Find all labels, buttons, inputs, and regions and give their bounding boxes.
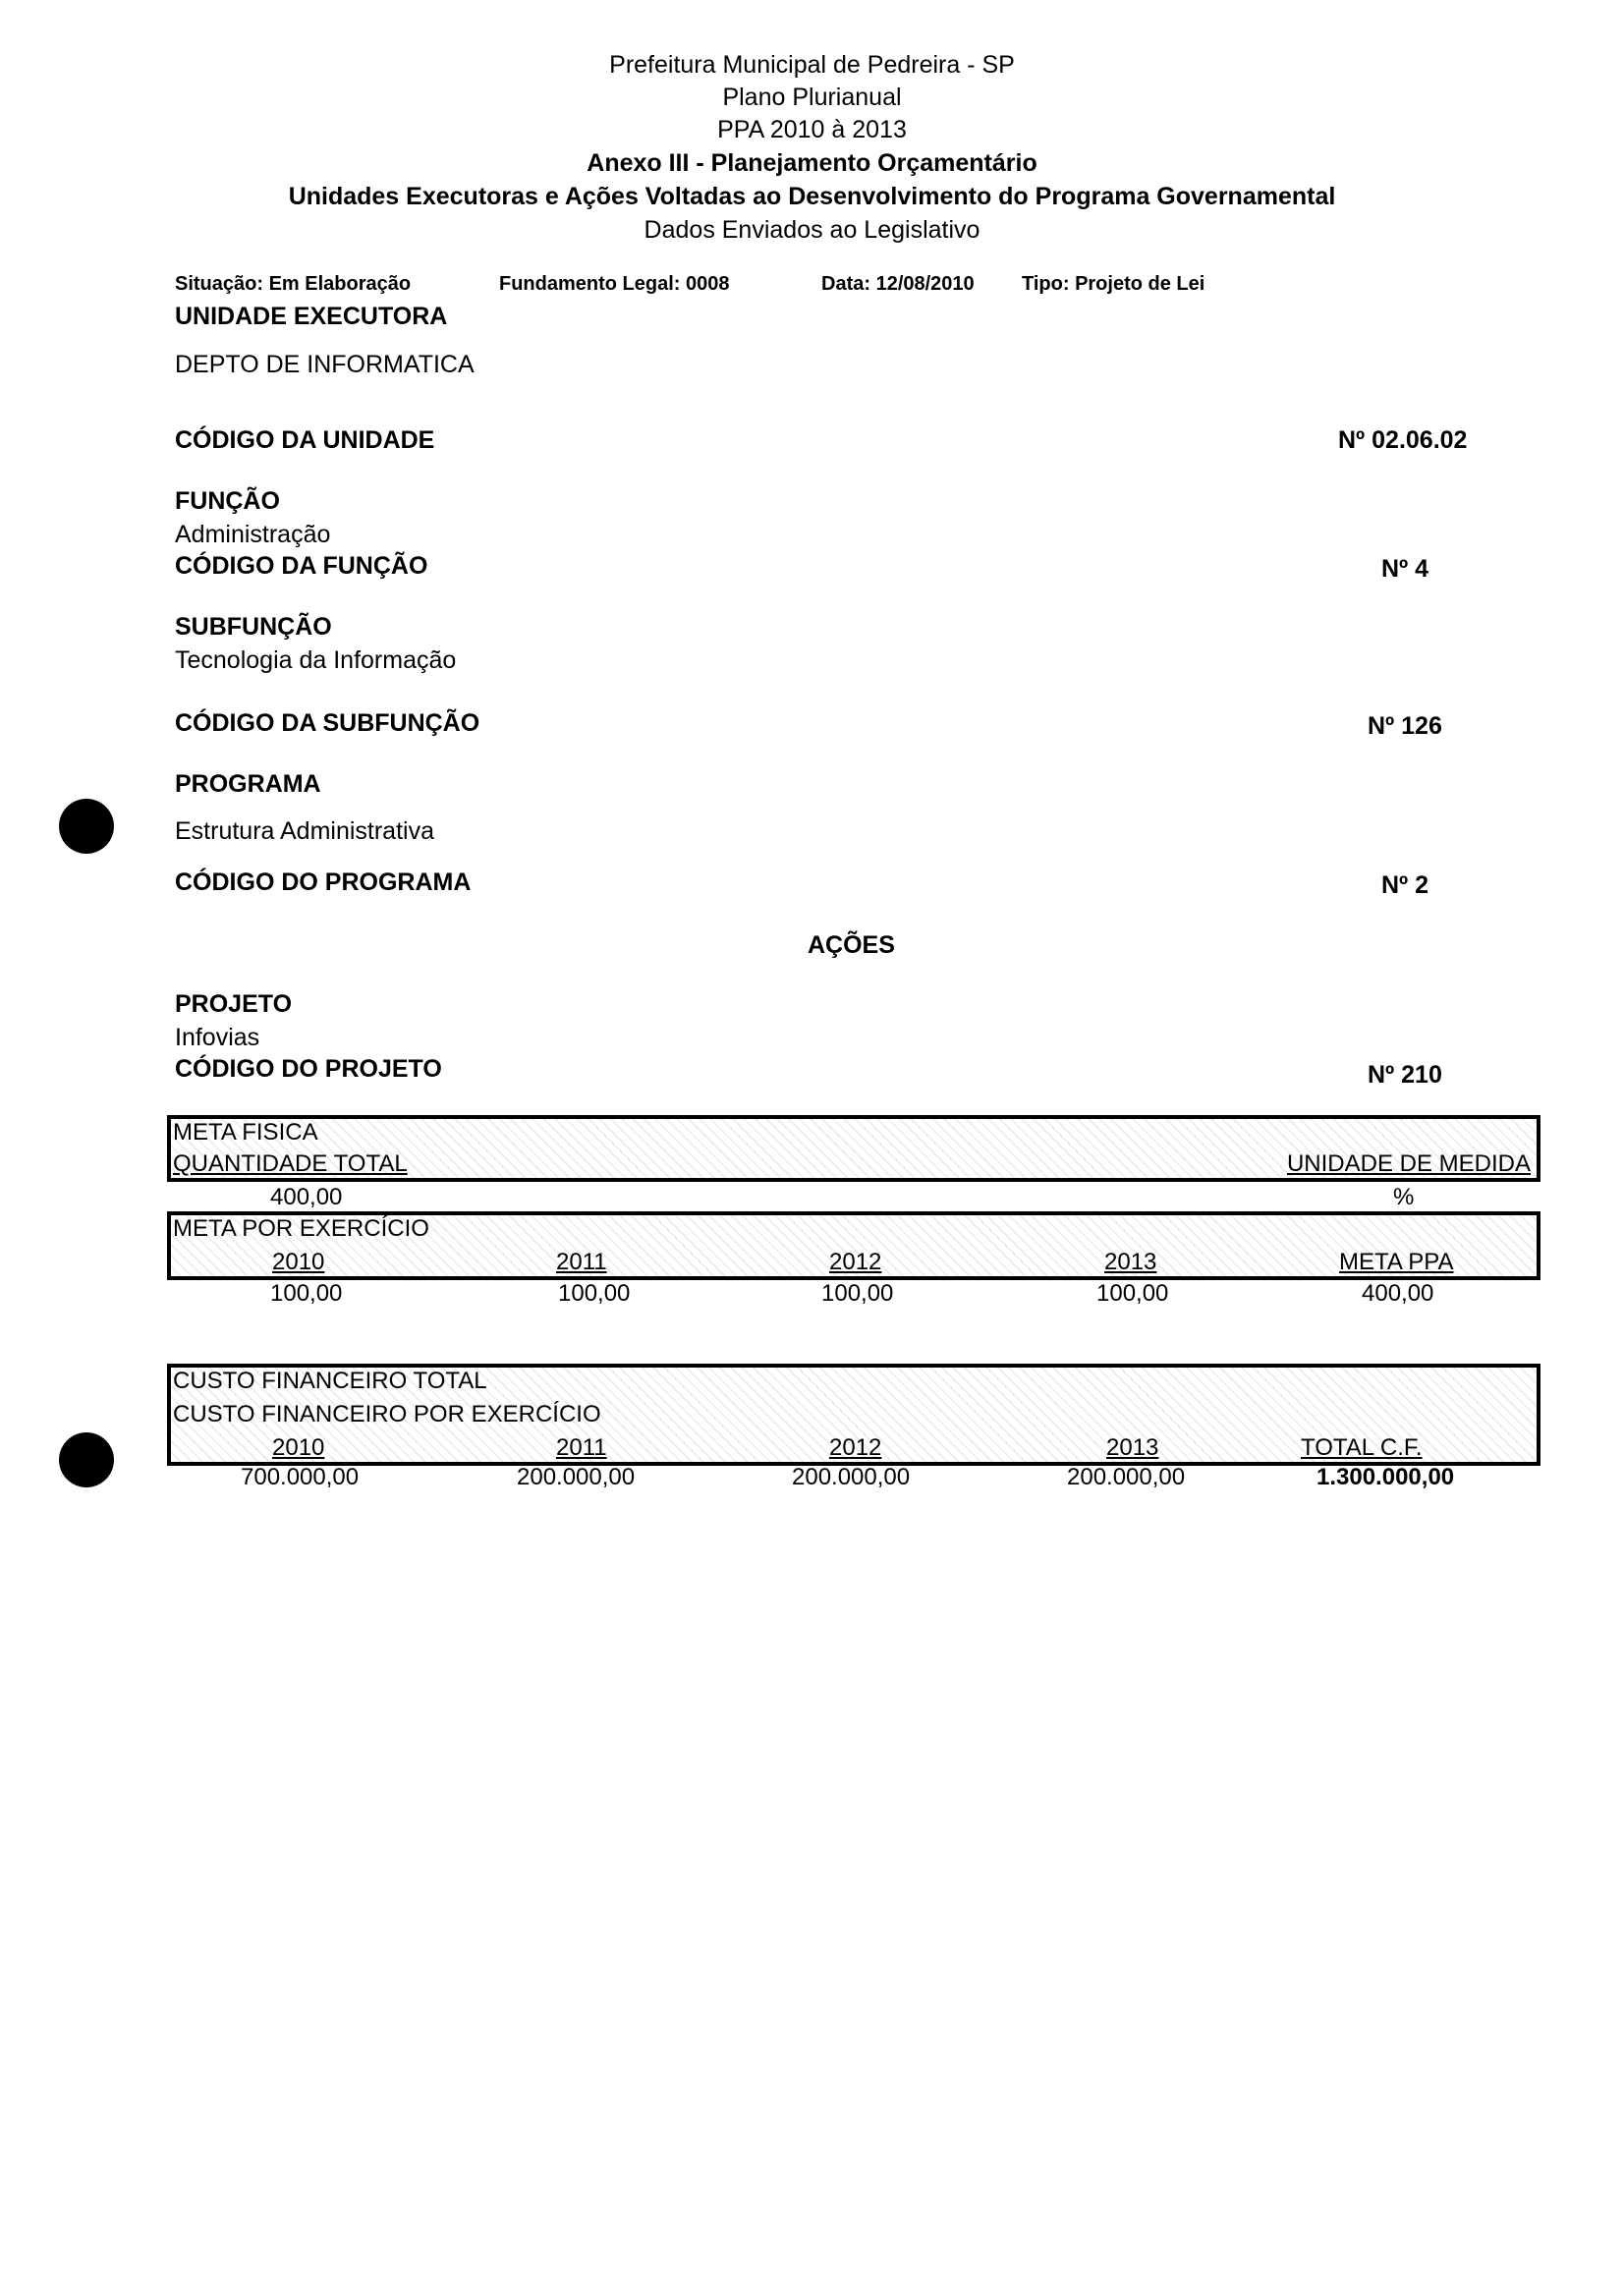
custo-header-total: TOTAL C.F.: [1301, 1434, 1423, 1462]
annex-title: Anexo III - Planejamento Orçamentário: [0, 147, 1624, 180]
situacao: Situação: Em Elaboração: [175, 273, 411, 296]
ppa-period: PPA 2010 à 2013: [0, 114, 1624, 146]
unidade-label: UNIDADE EXECUTORA: [175, 303, 447, 331]
meta-header-ppa: META PPA: [1339, 1249, 1453, 1276]
funcao-value: Administração: [175, 521, 330, 549]
meta-fisica-box: META FISICA QUANTIDADE TOTAL UNIDADE DE …: [167, 1115, 1540, 1182]
projeto-label: PROJETO: [175, 990, 292, 1019]
custo-header-2012: 2012: [829, 1434, 881, 1462]
municipality-title: Prefeitura Municipal de Pedreira - SP: [0, 49, 1624, 82]
subfuncao-label: SUBFUNÇÃO: [175, 613, 332, 642]
codigo-funcao: Nº 4: [1381, 555, 1428, 584]
custo-value-2011: 200.000,00: [517, 1464, 635, 1491]
programa-value: Estrutura Administrativa: [175, 817, 434, 846]
meta-fisica-title: META FISICA: [173, 1119, 318, 1147]
codigo-programa: Nº 2: [1381, 871, 1428, 900]
meta-header-2012: 2012: [829, 1249, 881, 1276]
quantidade-total-value: 400,00: [270, 1184, 342, 1211]
programa-label: PROGRAMA: [175, 770, 321, 799]
punch-hole: [59, 1432, 114, 1487]
meta-header-2011: 2011: [556, 1249, 607, 1276]
plan-title: Plano Plurianual: [0, 82, 1624, 114]
data: Data: 12/08/2010: [821, 273, 975, 296]
punch-hole: [59, 799, 114, 854]
meta-value-2012: 100,00: [821, 1280, 893, 1308]
codigo-projeto: Nº 210: [1368, 1061, 1442, 1090]
acoes-title: AÇÕES: [808, 931, 895, 960]
custo-value-total: 1.300.000,00: [1316, 1464, 1454, 1491]
unidade-medida-label: UNIDADE DE MEDIDA: [1287, 1150, 1531, 1178]
custo-total-title: CUSTO FINANCEIRO TOTAL: [173, 1368, 487, 1395]
codigo-subfuncao: Nº 126: [1368, 712, 1442, 741]
meta-value-ppa: 400,00: [1362, 1280, 1433, 1308]
meta-value-2010: 100,00: [270, 1280, 342, 1308]
meta-header-2010: 2010: [272, 1249, 324, 1276]
custo-header-2013: 2013: [1106, 1434, 1158, 1462]
funcao-label: FUNÇÃO: [175, 487, 280, 516]
meta-exercicio-box: META POR EXERCÍCIO 2010 2011 2012 2013 M…: [167, 1211, 1540, 1280]
meta-value-2011: 100,00: [558, 1280, 630, 1308]
custo-value-2010: 700.000,00: [241, 1464, 359, 1491]
codigo-unidade-label: CÓDIGO DA UNIDADE: [175, 426, 434, 455]
report-title: Unidades Executoras e Ações Voltadas ao …: [0, 181, 1624, 213]
custo-value-2013: 200.000,00: [1067, 1464, 1185, 1491]
meta-exercicio-title: META POR EXERCÍCIO: [173, 1215, 429, 1243]
codigo-subfuncao-label: CÓDIGO DA SUBFUNÇÃO: [175, 709, 479, 738]
custo-header-2011: 2011: [556, 1434, 607, 1462]
codigo-funcao-label: CÓDIGO DA FUNÇÃO: [175, 552, 427, 581]
custo-value-2012: 200.000,00: [792, 1464, 910, 1491]
meta-header-2013: 2013: [1104, 1249, 1156, 1276]
report-subtitle: Dados Enviados ao Legislativo: [0, 214, 1624, 247]
unidade-value: DEPTO DE INFORMATICA: [175, 351, 475, 379]
subfuncao-value: Tecnologia da Informação: [175, 646, 456, 675]
codigo-programa-label: CÓDIGO DO PROGRAMA: [175, 868, 471, 897]
codigo-projeto-label: CÓDIGO DO PROJETO: [175, 1055, 442, 1084]
projeto-value: Infovias: [175, 1024, 259, 1052]
custo-exercicio-title: CUSTO FINANCEIRO POR EXERCÍCIO: [173, 1401, 601, 1428]
custo-financeiro-box: CUSTO FINANCEIRO TOTAL CUSTO FINANCEIRO …: [167, 1364, 1540, 1466]
custo-header-2010: 2010: [272, 1434, 324, 1462]
quantidade-total-label: QUANTIDADE TOTAL: [173, 1150, 408, 1178]
meta-value-2013: 100,00: [1096, 1280, 1168, 1308]
fundamento-legal: Fundamento Legal: 0008: [499, 273, 730, 296]
unidade-medida-value: %: [1393, 1184, 1414, 1211]
tipo: Tipo: Projeto de Lei: [1022, 273, 1204, 296]
codigo-unidade: Nº 02.06.02: [1338, 426, 1467, 455]
